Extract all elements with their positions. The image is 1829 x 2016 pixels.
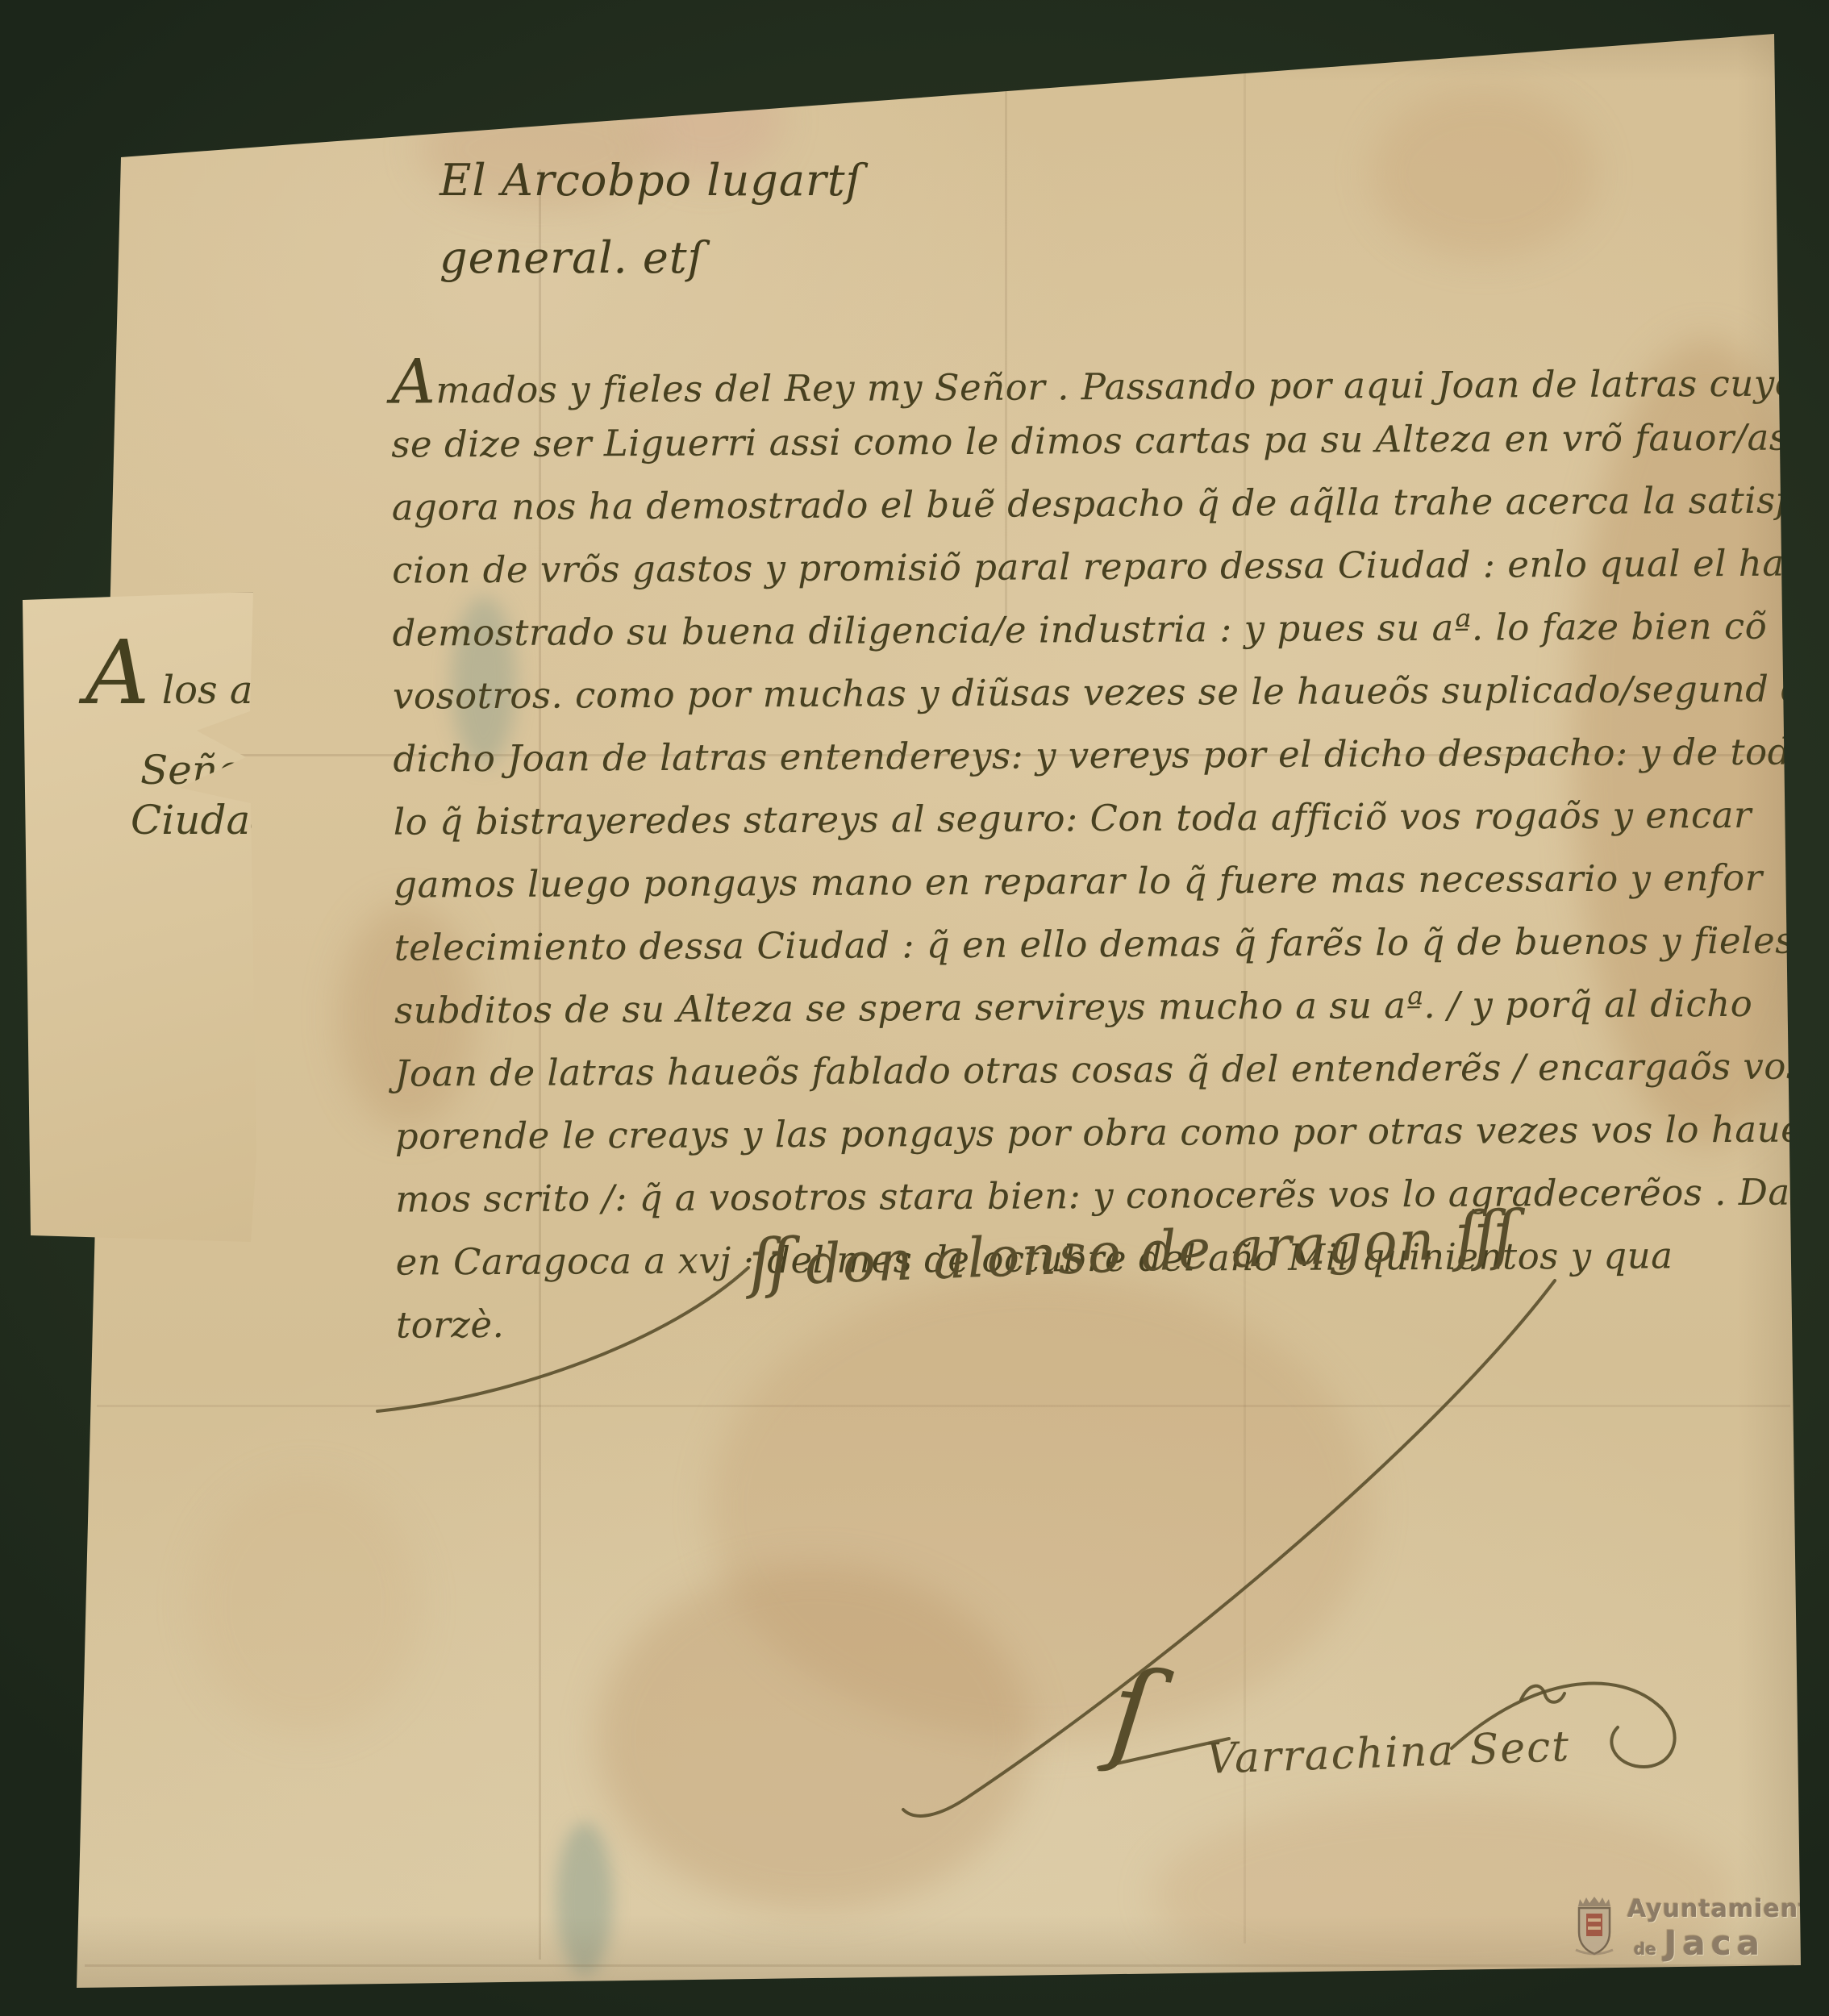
heading-line-2: general. etſ [440, 219, 863, 297]
letter-line: gamos luego pongays mano en reparar lo q… [394, 846, 1829, 916]
letter-line: telecimiento dessa Ciudad : q̃ en ello d… [394, 909, 1829, 979]
archive-stamp: Ayuntamiento de Jaca [1569, 1882, 1829, 1983]
letter-line: porende le creays y las pongays por obra… [395, 1098, 1829, 1168]
letter-line: vosotros. como por muchas y diũsas vezes… [393, 657, 1829, 727]
letter-line: Amados y fieles del Rey my Señor . Passa… [391, 343, 1829, 413]
letter-line: lo q̃ bistrayeredes stareys al seguro: C… [394, 783, 1829, 853]
letter-heading: El Arcobpo lugartſ general. etſ [440, 142, 863, 297]
heading-line-1: El Arcobpo lugartſ [440, 142, 863, 219]
address-flap: A los an Señor Ciudad [18, 590, 261, 1245]
letter-body: Amados y fieles del Rey my Señor . Passa… [391, 343, 1829, 1356]
letter-line: torzè. [396, 1286, 1829, 1356]
letter-line: demostrado su buena diligencia/e industr… [392, 594, 1829, 664]
letter-line: subditos de su Alteza se spera servireys… [394, 972, 1829, 1042]
letter-line: se dize ser Liguerri assi como le dimos … [391, 406, 1829, 476]
letter-line: agora nos ha demostrado el buẽ despacho … [392, 469, 1829, 539]
stamp-org-name: Ayuntamiento [1627, 1895, 1828, 1923]
jaca-crest-icon [1571, 1893, 1618, 1956]
letter-line: Joan de latras haueõs fablado otras cosa… [394, 1035, 1829, 1105]
letter-line: dicho Joan de latras entendereys: y vere… [393, 720, 1829, 790]
photograph-scene: + El Arcobpo lugartſ general. etſ Amados… [0, 0, 1829, 2016]
signature-flourish-right: ſſſ [1453, 1197, 1513, 1274]
signature-flourish-left: ſſ [748, 1224, 789, 1301]
manuscript-sheet: + El Arcobpo lugartſ general. etſ Amados… [0, 0, 1829, 2016]
letter-line: cion de vrõs gastos y promisiõ paral rep… [392, 531, 1829, 602]
address-line: A los an [85, 621, 277, 724]
stamp-text: Ayuntamiento de Jaca [1627, 1895, 1828, 1963]
stamp-city-name: Jaca [1664, 1923, 1765, 1963]
stamp-city-line: de Jaca [1627, 1923, 1828, 1963]
stamp-de: de [1634, 1939, 1656, 1959]
